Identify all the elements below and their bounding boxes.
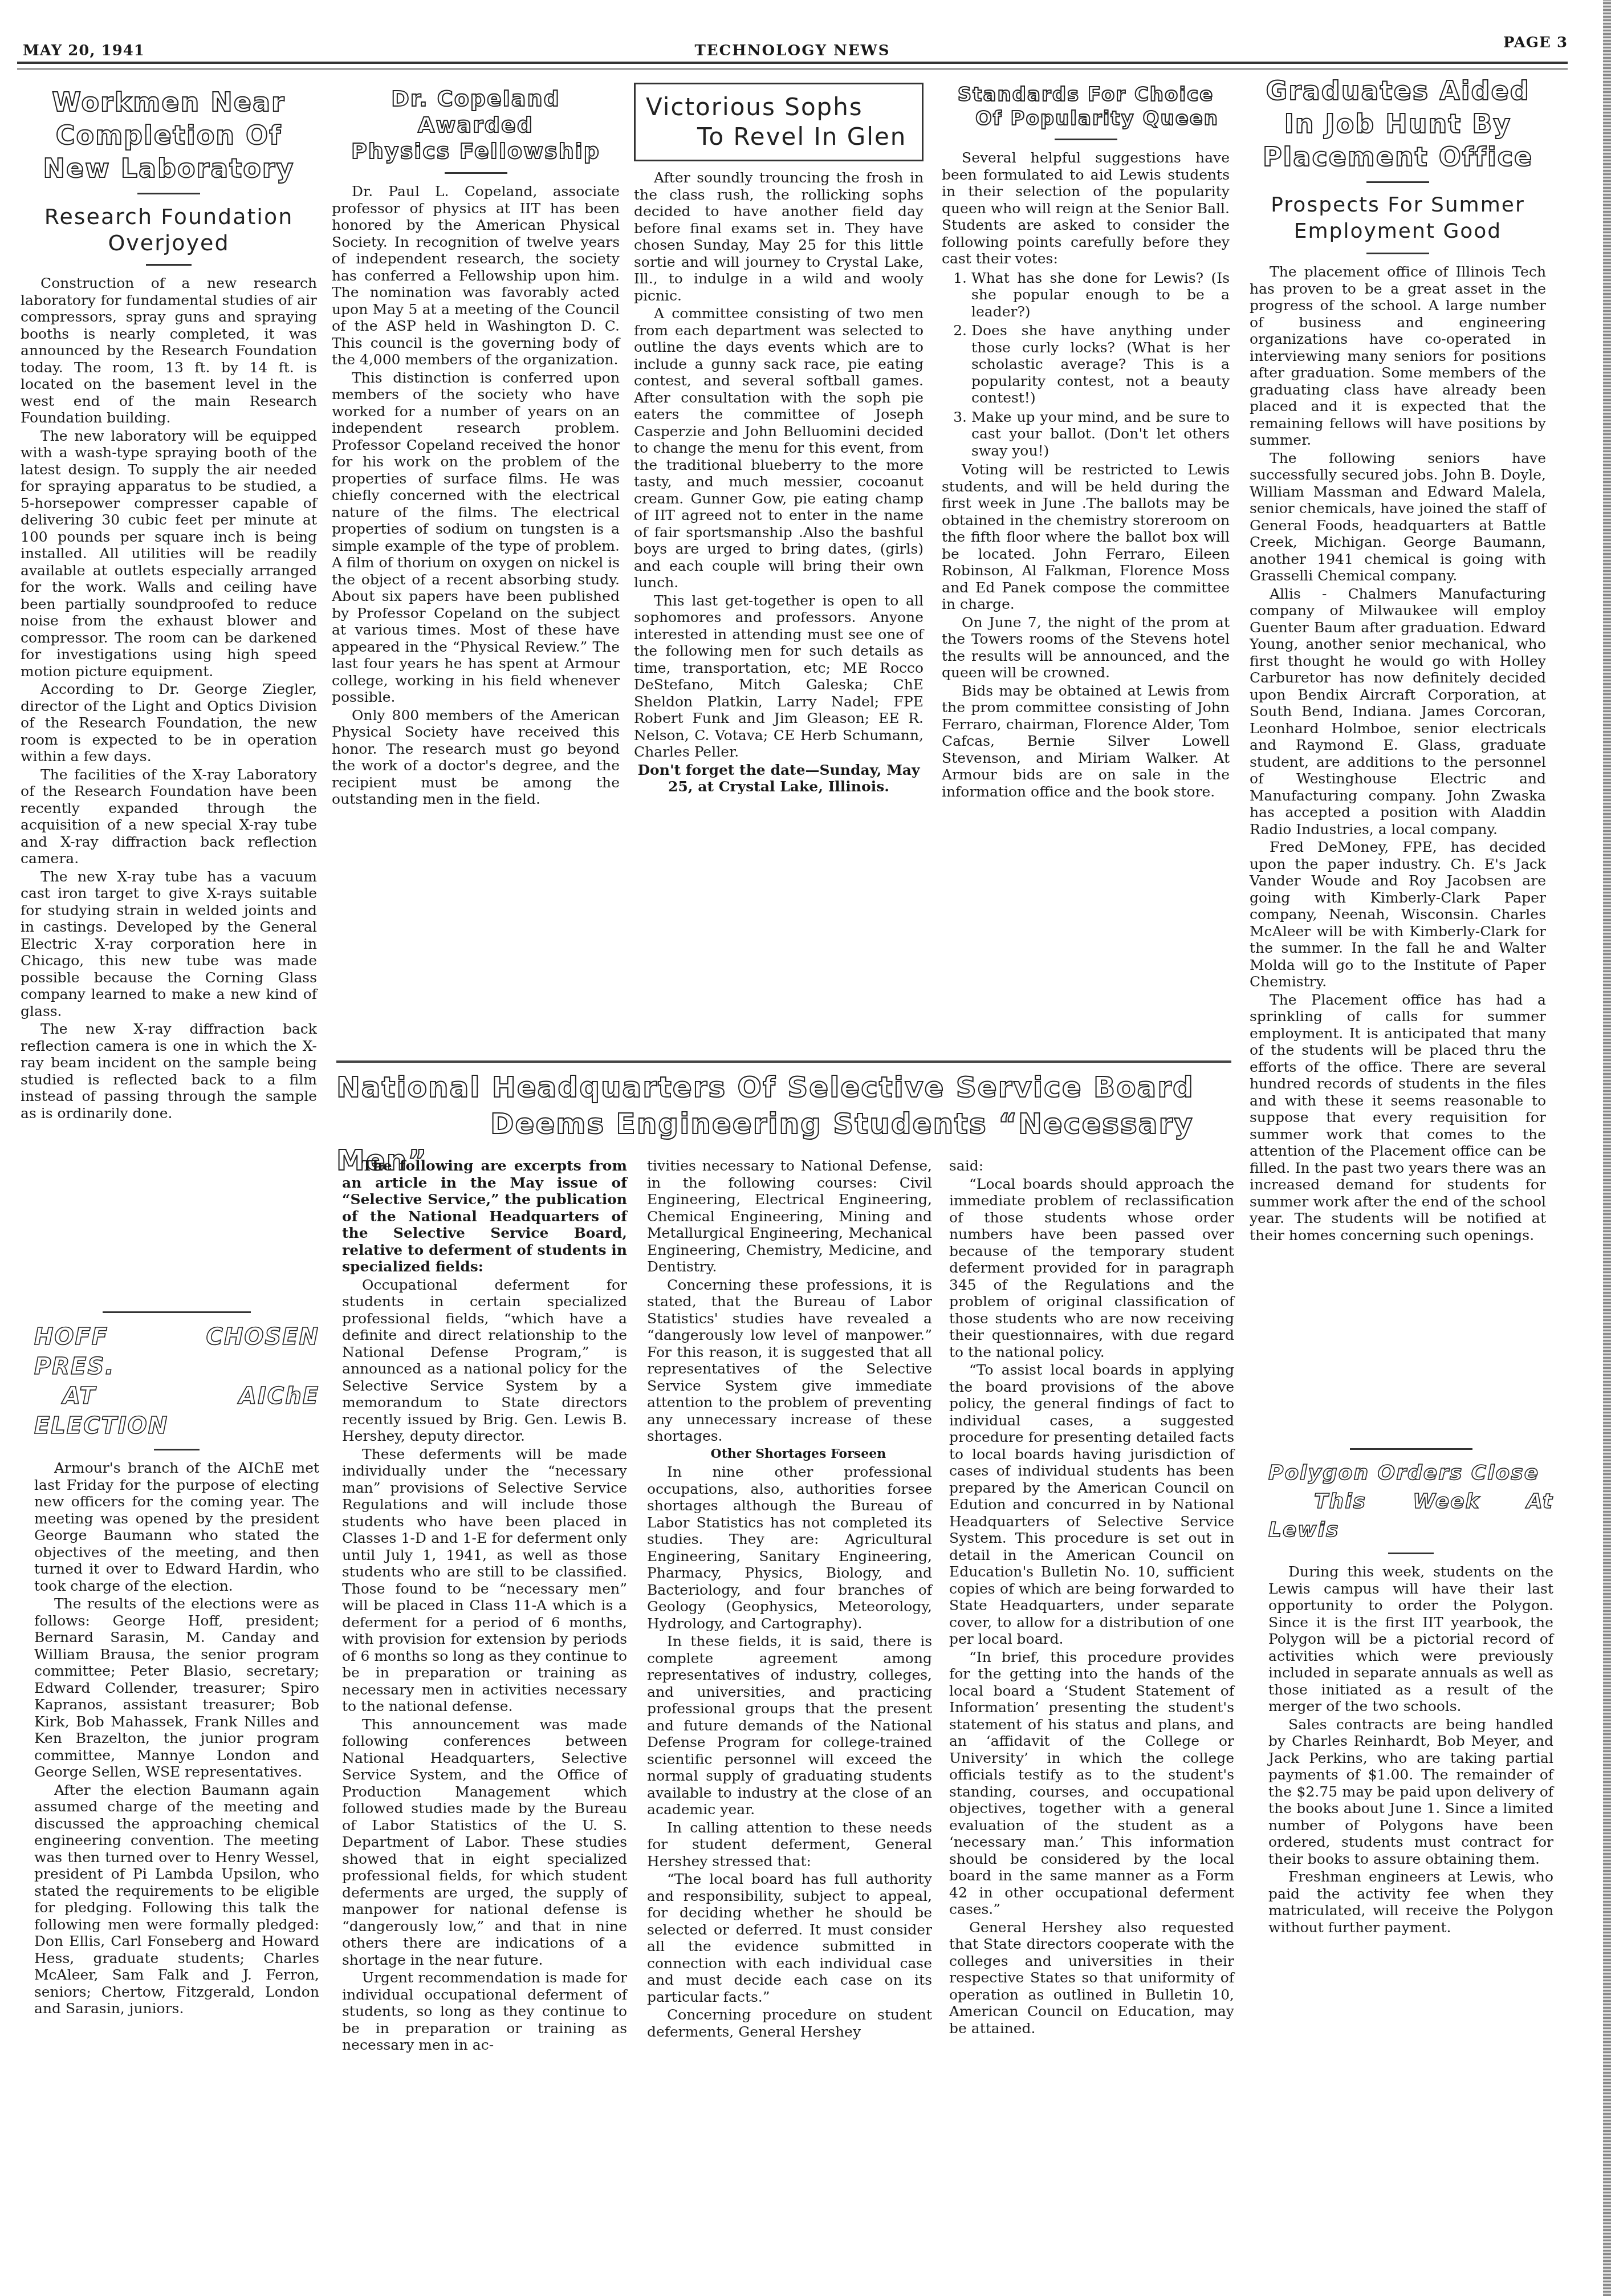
paragraph: During this week, students on the Lewis … (1268, 1563, 1553, 1715)
headline-line: AT AIChE ELECTION (34, 1383, 319, 1439)
paragraph: “To assist local boards in applying the … (949, 1362, 1234, 1648)
paragraph: After the election Baumann again assumed… (34, 1782, 319, 2017)
paragraph: Concerning procedure on student defermen… (647, 2006, 932, 2040)
paragraph: The new X-ray diffraction back reflectio… (21, 1021, 317, 1121)
paragraph: A committee consisting of two men from e… (634, 305, 924, 591)
list-item: What has she done for Lewis? (Is she pop… (971, 270, 1230, 320)
paragraph: Bids may be obtained at Lewis from the p… (942, 682, 1230, 800)
headline: HOFF CHOSEN PRES. AT AIChE ELECTION (34, 1322, 319, 1441)
paragraph: The Placement office has had a sprinklin… (1250, 991, 1546, 1244)
headline: Dr. Copeland Awarded Physics Fellowship (332, 86, 620, 164)
paragraph: According to Dr. George Ziegler, directo… (21, 681, 317, 765)
divider (1366, 253, 1429, 254)
paragraph: This distinction is conferred upon membe… (332, 369, 620, 706)
subheadline: Research Foundation Overjoyed (21, 204, 317, 256)
masthead-rule (17, 62, 1568, 70)
article-polygon: Polygon Orders Close This Week At Lewis … (1268, 1448, 1553, 1936)
intro-paragraph: The following are excerpts from an artic… (342, 1157, 627, 1275)
headline-line: Victorious Sophs (646, 93, 863, 121)
headline-line: National Headquarters Of Selective Servi… (336, 1071, 1194, 1104)
paragraph: General Hershey also requested that Stat… (949, 1919, 1234, 2037)
paragraph: The new X-ray tube has a vacuum cast iro… (21, 868, 317, 1020)
headline-line: Placement Office (1263, 141, 1533, 172)
paragraph: The placement office of Illinois Tech ha… (1250, 263, 1546, 449)
paragraph: In nine other professional occupations, … (647, 1464, 932, 1632)
paragraph: Urgent recommendation is made for indivi… (342, 1969, 627, 2054)
paragraph: “Local boards should approach the immedi… (949, 1176, 1234, 1361)
headline-line: Dr. Copeland Awarded (391, 86, 560, 137)
headline-line: In Job Hunt By (1284, 108, 1512, 139)
paragraph: On June 7, the night of the prom at the … (942, 614, 1230, 681)
paragraph: Freshman engineers at Lewis, who paid th… (1268, 1868, 1553, 1936)
subhead-line: Prospects For Summer (1271, 193, 1524, 217)
paragraph: The new laboratory will be equipped with… (21, 428, 317, 680)
closing-note: Don't forget the date—Sunday, May 25, at… (634, 762, 924, 795)
criteria-list: What has she done for Lewis? (Is she pop… (942, 270, 1230, 460)
headline-line: Standards For Choice (958, 83, 1214, 106)
paragraph: Dr. Paul L. Copeland, associate professo… (332, 183, 620, 368)
subhead-line: Employment Good (1294, 220, 1502, 243)
paragraph: These deferments will be made individual… (342, 1446, 627, 1715)
paragraph: Construction of a new research laborator… (21, 275, 317, 426)
headline-line: Workmen Near (52, 87, 285, 117)
headline-line: Graduates Aided (1266, 75, 1529, 106)
article-selective-col2: tivities necessary to National Defense, … (647, 1157, 932, 2040)
headline: Polygon Orders Close This Week At Lewis (1268, 1459, 1553, 1545)
paragraph: tivities necessary to National Defense, … (647, 1157, 932, 1275)
paragraph: This last get-together is open to all so… (634, 592, 924, 761)
paragraph: Fred DeMoney, FPE, has decided upon the … (1250, 839, 1546, 990)
newspaper-title: TECHNOLOGY NEWS (17, 42, 1568, 59)
divider (1055, 139, 1117, 140)
divider (137, 193, 200, 194)
headline-line: Of Popularity Queen (953, 107, 1219, 130)
headline-line: HOFF CHOSEN PRES. (34, 1324, 319, 1380)
paragraph: Occupational deferment for students in c… (342, 1277, 627, 1445)
section-subhead: Other Shortages Forseen (647, 1446, 932, 1463)
paragraph: “In brief, this procedure provides for t… (949, 1649, 1234, 1918)
section-divider (336, 1060, 1231, 1063)
headline-line: Polygon Orders Close (1268, 1461, 1539, 1485)
list-item: Does she have anything under those curly… (971, 322, 1230, 407)
divider (445, 172, 507, 174)
headline: Victorious Sophs To Revel In Glen (646, 92, 912, 152)
article-selective-col1: The following are excerpts from an artic… (342, 1157, 627, 2054)
headline-line: Completion Of (56, 120, 282, 151)
divider (154, 1449, 200, 1450)
paragraph: said: (949, 1157, 1234, 1175)
paragraph: The results of the elections were as fol… (34, 1595, 319, 1781)
headline: Workmen Near Completion Of New Laborator… (21, 86, 317, 185)
paragraph: Only 800 members of the American Physica… (332, 707, 620, 808)
headline-line: New Laboratory (43, 153, 294, 184)
divider (1388, 1553, 1434, 1554)
paragraph: Concerning these professions, it is stat… (647, 1277, 932, 1445)
list-item: Make up your mind, and be sure to cast y… (971, 409, 1230, 460)
subhead-line: Research Foundation (44, 204, 294, 229)
paragraph: Several helpful suggestions have been fo… (942, 149, 1230, 267)
paragraph: Armour's branch of the AIChE met last Fr… (34, 1460, 319, 1594)
article-sophs: Victorious Sophs To Revel In Glen After … (634, 83, 924, 795)
paragraph: This announcement was made following con… (342, 1716, 627, 1969)
article-placement: Graduates Aided In Job Hunt By Placement… (1250, 74, 1546, 1244)
divider (1350, 1448, 1472, 1450)
article-selective-col3: said: “Local boards should approach the … (949, 1157, 1234, 2037)
headline-line: To Revel In Glen (646, 123, 906, 151)
divider (146, 264, 192, 266)
divider (1366, 181, 1429, 183)
headline-box: Victorious Sophs To Revel In Glen (634, 83, 924, 161)
paragraph: Voting will be restricted to Lewis stude… (942, 461, 1230, 613)
article-aiche: HOFF CHOSEN PRES. AT AIChE ELECTION Armo… (34, 1311, 319, 2017)
headline-line: This Week At Lewis (1268, 1490, 1553, 1542)
paragraph: In these fields, it is said, there is co… (647, 1633, 932, 1818)
page-number: PAGE 3 (1503, 34, 1568, 51)
headline-line: Physics Fellowship (351, 139, 600, 164)
subheadline: Prospects For Summer Employment Good (1250, 192, 1546, 245)
scan-edge (1603, 0, 1611, 2296)
paragraph: Sales contracts are being handled by Cha… (1268, 1716, 1553, 1868)
paragraph: Allis - Chalmers Manufacturing company o… (1250, 586, 1546, 838)
paragraph: “The local board has full authority and … (647, 1871, 932, 2005)
subhead-line: Overjoyed (108, 230, 229, 255)
article-laboratory: Workmen Near Completion Of New Laborator… (21, 86, 317, 1121)
paragraph: The facilities of the X-ray Laboratory o… (21, 766, 317, 867)
article-copeland: Dr. Copeland Awarded Physics Fellowship … (332, 86, 620, 808)
divider (103, 1311, 251, 1313)
headline: Graduates Aided In Job Hunt By Placement… (1250, 74, 1546, 173)
masthead: MAY 20, 1941 TECHNOLOGY NEWS PAGE 3 (17, 34, 1568, 68)
paragraph: The following seniors have successfully … (1250, 450, 1546, 584)
paragraph: In calling attention to these needs for … (647, 1819, 932, 1870)
paragraph: After soundly trouncing the frosh in the… (634, 169, 924, 304)
headline: Standards For Choice Of Popularity Queen (942, 83, 1230, 131)
article-queen: Standards For Choice Of Popularity Queen… (942, 83, 1230, 800)
